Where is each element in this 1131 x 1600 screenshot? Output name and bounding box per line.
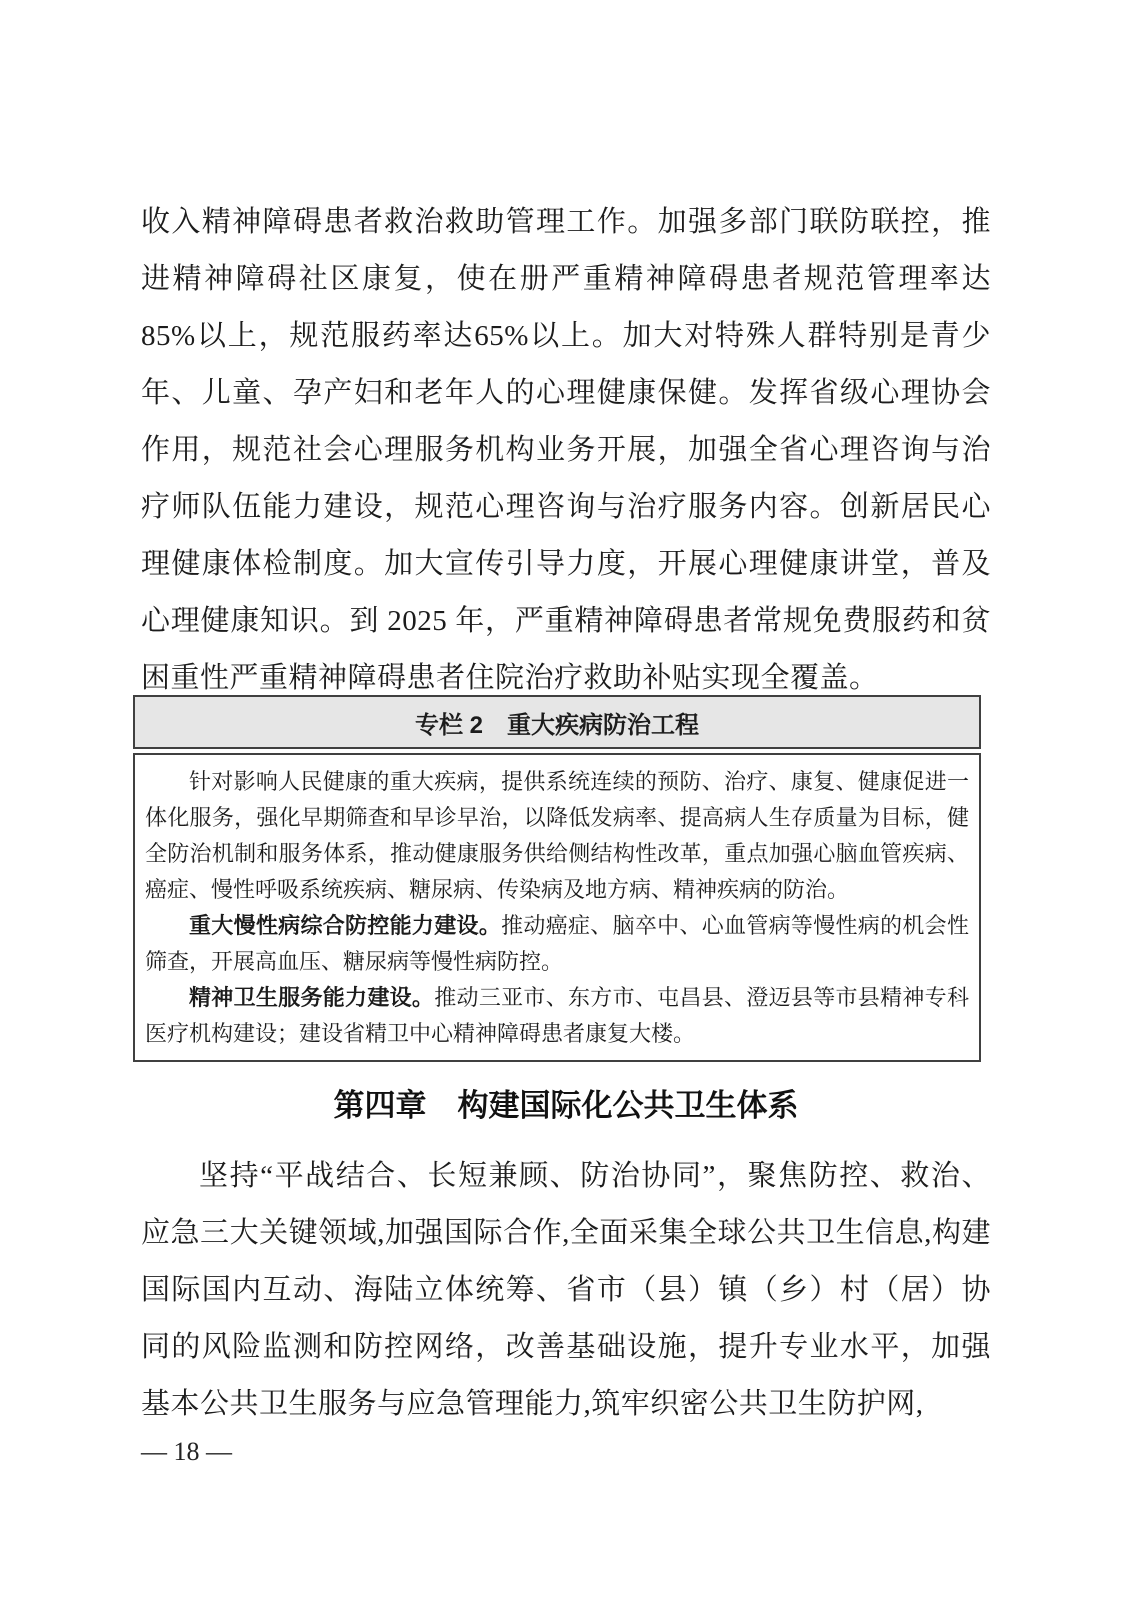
column-box-body: 针对影响人民健康的重大疾病，提供系统连续的预防、治疗、康复、健康促进一体化服务，… — [133, 753, 981, 1062]
page-number: — 18 — — [141, 1437, 991, 1467]
box-paragraph-lead: 精神卫生服务能力建设。 — [189, 985, 434, 1010]
document-page: 收入精神障碍患者救治救助管理工作。加强多部门联防联控，推进精神障碍社区康复，使在… — [0, 0, 1131, 1600]
box-paragraph-overview: 针对影响人民健康的重大疾病，提供系统连续的预防、治疗、康复、健康促进一体化服务，… — [145, 764, 969, 908]
special-column-box: 专栏 2 重大疾病防治工程 针对影响人民健康的重大疾病，提供系统连续的预防、治疗… — [133, 695, 981, 1062]
paragraph-continuation: 收入精神障碍患者救治救助管理工作。加强多部门联防联控，推进精神障碍社区康复，使在… — [141, 0, 991, 707]
box-paragraph-chronic-disease: 重大慢性病综合防控能力建设。推动癌症、脑卒中、心血管病等慢性病的机会性筛查，开展… — [145, 908, 969, 980]
chapter-heading: 第四章 构建国际化公共卫生体系 — [141, 1086, 991, 1126]
box-paragraph-text: 针对影响人民健康的重大疾病，提供系统连续的预防、治疗、康复、健康促进一体化服务，… — [145, 769, 969, 902]
page-content: 收入精神障碍患者救治救助管理工作。加强多部门联防联控，推进精神障碍社区康复，使在… — [141, 0, 991, 1467]
box-paragraph-lead: 重大慢性病综合防控能力建设。 — [189, 913, 501, 938]
paragraph-chapter-four: 坚持“平战结合、长短兼顾、防治协同”，聚焦防控、救治、应急三大关键领域,加强国际… — [141, 1148, 991, 1433]
box-paragraph-mental-health: 精神卫生服务能力建设。推动三亚市、东方市、屯昌县、澄迈县等市县精神专科医疗机构建… — [145, 980, 969, 1052]
column-box-title: 专栏 2 重大疾病防治工程 — [415, 705, 699, 740]
